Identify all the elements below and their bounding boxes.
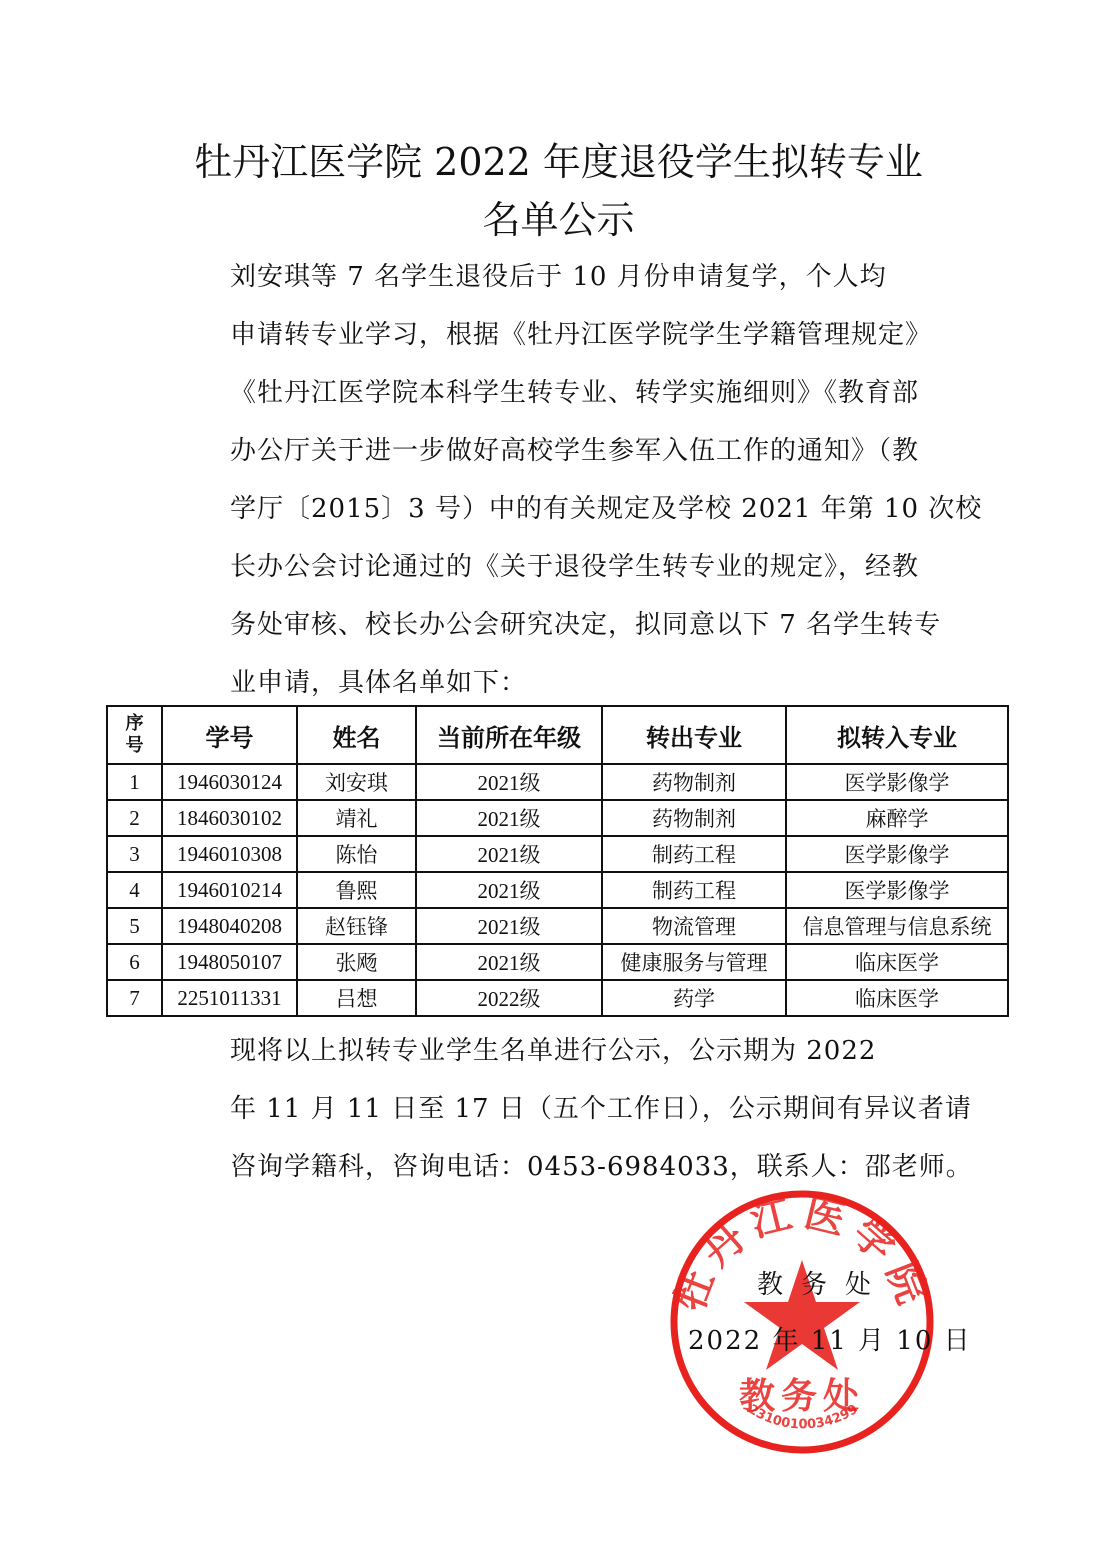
cell-name: 赵钰锋 bbox=[297, 908, 416, 944]
cell-grade: 2021级 bbox=[416, 764, 602, 800]
intro-line: 办公厅关于进一步做好高校学生参军入伍工作的通知》（教 bbox=[172, 422, 944, 480]
intro-line: 业申请，具体名单如下： bbox=[172, 654, 944, 712]
cell-seq: 2 bbox=[107, 800, 162, 836]
cell-student-id: 1948040208 bbox=[162, 908, 297, 944]
table-row: 3 1946010308 陈怡 2021级 制药工程 医学影像学 bbox=[107, 836, 1008, 872]
cell-from-major: 物流管理 bbox=[602, 908, 786, 944]
intro-line: 长办公会讨论通过的《关于退役学生转专业的规定》，经教 bbox=[172, 538, 944, 596]
cell-grade: 2022级 bbox=[416, 980, 602, 1016]
cell-grade: 2021级 bbox=[416, 872, 602, 908]
table-row: 4 1946010214 鲁熙 2021级 制药工程 医学影像学 bbox=[107, 872, 1008, 908]
signature-date: 2022 年 11 月 10 日 bbox=[688, 1320, 972, 1357]
header-to-major: 拟转入专业 bbox=[786, 706, 1008, 764]
table-header-row: 序号 学号 姓名 当前所在年级 转出专业 拟转入专业 bbox=[107, 706, 1008, 764]
cell-student-id: 2251011331 bbox=[162, 980, 297, 1016]
cell-from-major: 健康服务与管理 bbox=[602, 944, 786, 980]
signature-office: 教务处 bbox=[757, 1264, 889, 1301]
intro-line: 务处审核、校长办公会研究决定，拟同意以下 7 名学生转专 bbox=[172, 596, 944, 654]
cell-seq: 4 bbox=[107, 872, 162, 908]
table-row: 6 1948050107 张飏 2021级 健康服务与管理 临床医学 bbox=[107, 944, 1008, 980]
closing-line: 年 11 月 11 日至 17 日（五个工作日），公示期间有异议者请 bbox=[172, 1080, 944, 1138]
cell-name: 靖礼 bbox=[297, 800, 416, 836]
cell-seq: 1 bbox=[107, 764, 162, 800]
header-name: 姓名 bbox=[297, 706, 416, 764]
cell-to-major: 医学影像学 bbox=[786, 764, 1008, 800]
cell-grade: 2021级 bbox=[416, 836, 602, 872]
table-row: 2 1846030102 靖礼 2021级 药物制剂 麻醉学 bbox=[107, 800, 1008, 836]
header-grade: 当前所在年级 bbox=[416, 706, 602, 764]
cell-to-major: 医学影像学 bbox=[786, 872, 1008, 908]
cell-student-id: 1946010308 bbox=[162, 836, 297, 872]
cell-from-major: 制药工程 bbox=[602, 836, 786, 872]
cell-student-id: 1948050107 bbox=[162, 944, 297, 980]
document-title-line2: 名单公示 bbox=[0, 194, 1117, 246]
cell-from-major: 药学 bbox=[602, 980, 786, 1016]
intro-line: 刘安琪等 7 名学生退役后于 10 月份申请复学，个人均 bbox=[172, 248, 944, 306]
closing-paragraph: 现将以上拟转专业学生名单进行公示，公示期为 2022 年 11 月 11 日至 … bbox=[172, 1022, 944, 1196]
cell-student-id: 1846030102 bbox=[162, 800, 297, 836]
cell-name: 刘安琪 bbox=[297, 764, 416, 800]
cell-student-id: 1946010214 bbox=[162, 872, 297, 908]
cell-to-major: 麻醉学 bbox=[786, 800, 1008, 836]
cell-seq: 6 bbox=[107, 944, 162, 980]
intro-paragraph: 刘安琪等 7 名学生退役后于 10 月份申请复学，个人均 申请转专业学习，根据《… bbox=[172, 248, 944, 712]
table-row: 1 1946030124 刘安琪 2021级 药物制剂 医学影像学 bbox=[107, 764, 1008, 800]
intro-line: 学厅〔2015〕3 号）中的有关规定及学校 2021 年第 10 次校 bbox=[172, 480, 944, 538]
cell-name: 吕想 bbox=[297, 980, 416, 1016]
cell-grade: 2021级 bbox=[416, 800, 602, 836]
cell-grade: 2021级 bbox=[416, 944, 602, 980]
cell-seq: 5 bbox=[107, 908, 162, 944]
intro-line: 申请转专业学习，根据《牡丹江医学院学生学籍管理规定》 bbox=[172, 306, 944, 364]
cell-to-major: 临床医学 bbox=[786, 944, 1008, 980]
closing-line: 现将以上拟转专业学生名单进行公示，公示期为 2022 bbox=[172, 1022, 944, 1080]
header-student-id: 学号 bbox=[162, 706, 297, 764]
cell-to-major: 临床医学 bbox=[786, 980, 1008, 1016]
table-row: 5 1948040208 赵钰锋 2021级 物流管理 信息管理与信息系统 bbox=[107, 908, 1008, 944]
document-title-line1: 牡丹江医学院 2022 年度退役学生拟转专业 bbox=[0, 136, 1117, 188]
student-transfer-table: 序号 学号 姓名 当前所在年级 转出专业 拟转入专业 1 1946030124 … bbox=[106, 705, 1009, 1017]
intro-line: 《牡丹江医学院本科学生转专业、转学实施细则》《教育部 bbox=[172, 364, 944, 422]
cell-name: 鲁熙 bbox=[297, 872, 416, 908]
cell-student-id: 1946030124 bbox=[162, 764, 297, 800]
cell-from-major: 药物制剂 bbox=[602, 800, 786, 836]
cell-seq: 3 bbox=[107, 836, 162, 872]
cell-from-major: 药物制剂 bbox=[602, 764, 786, 800]
cell-name: 张飏 bbox=[297, 944, 416, 980]
table-row: 7 2251011331 吕想 2022级 药学 临床医学 bbox=[107, 980, 1008, 1016]
header-from-major: 转出专业 bbox=[602, 706, 786, 764]
cell-seq: 7 bbox=[107, 980, 162, 1016]
cell-from-major: 制药工程 bbox=[602, 872, 786, 908]
cell-to-major: 医学影像学 bbox=[786, 836, 1008, 872]
cell-grade: 2021级 bbox=[416, 908, 602, 944]
header-seq: 序号 bbox=[107, 706, 162, 764]
cell-name: 陈怡 bbox=[297, 836, 416, 872]
cell-to-major: 信息管理与信息系统 bbox=[786, 908, 1008, 944]
